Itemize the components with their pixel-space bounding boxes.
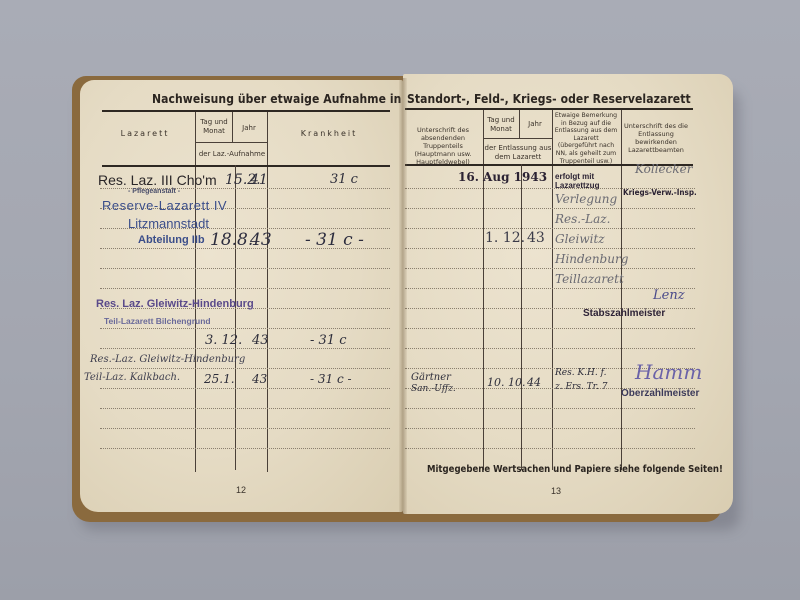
col-subheader: der Laz.-Aufnahme: [196, 150, 268, 159]
row-line: [405, 248, 695, 249]
header-rule-top: [102, 110, 390, 112]
entry3-truppenteil-line1: Gärtner: [411, 372, 451, 383]
entry3-krankheit: - 31 c: [310, 333, 346, 348]
row-line: [100, 408, 390, 409]
col-bemerkung: Etwaige Bemerkung in Bezug auf die Entla…: [553, 112, 619, 165]
entry2-jahr: 43: [527, 230, 545, 246]
entry1-date-stamp: 16. Aug 1943: [458, 170, 547, 184]
entry2-stamp-line3: Litzmannstadt: [128, 216, 209, 231]
entry3-stamp-line2: Teil-Lazarett Bilchengrund: [104, 316, 211, 326]
row-line: [100, 388, 390, 389]
entry1-beamter-pencil-signature: Kollecker: [635, 162, 692, 176]
row-line: [405, 208, 695, 209]
row-line: [405, 428, 695, 429]
row-line: [405, 328, 695, 329]
entry4-krankheit: - 31 c -: [310, 372, 352, 386]
col-divider-tag-jahr: [235, 165, 236, 470]
entry3-stamp-line1: Res. Laz. Gleiwitz-Hindenburg: [96, 298, 254, 310]
entry2-beamter-signature: Lenz: [653, 288, 685, 303]
row-line: [405, 228, 695, 229]
col-subheader: der Entlassung aus dem Lazarett: [484, 144, 552, 161]
col-unterschrift-truppenteil: Unterschrift des absendenden Truppenteil…: [405, 126, 481, 166]
col-tag-monat: Tag und Monat: [485, 116, 517, 133]
row-line: [100, 428, 390, 429]
col-unterschrift-beamter: Unterschrift des die Entlassung bewirken…: [623, 122, 689, 154]
row-line: [405, 348, 695, 349]
entry2-jahr: 43: [250, 230, 272, 250]
entry2-bemerkung-line3: Gleiwitz: [555, 232, 605, 246]
row-line: [405, 448, 695, 449]
row-line: [100, 348, 390, 349]
entry4-jahr: 43: [252, 372, 267, 386]
entry1-bemerkung-stamp: erfolgt mit Lazarettzug: [555, 172, 615, 190]
header-rule-top: [405, 108, 693, 110]
left-page-number: 12: [236, 485, 246, 495]
col-divider-tag-jahr: [521, 164, 522, 470]
entry2-stamp-line2: Reserve-Lazarett IV: [102, 198, 227, 213]
row-line: [100, 288, 390, 289]
entry2-tag-monat: 1. 12.: [485, 230, 525, 246]
col-krankheit: Krankheit: [270, 130, 388, 139]
entry2-bemerkung-line5: Teillazarett: [555, 272, 624, 286]
col-tag-monat: Tag und Monat: [197, 118, 231, 135]
entry3-truppenteil-line2: San.-Uffz.: [411, 384, 456, 394]
entry1-beamter-stamp: Kriegs-Verw.-Insp.: [623, 188, 697, 197]
entry4-tag-monat: 25.1.: [204, 372, 235, 386]
row-line: [100, 448, 390, 449]
entry2-bemerkung-line4: Hindenburg: [555, 252, 628, 266]
subheader-divider: [483, 138, 552, 139]
entry2-stamp-line4: Abteilung IIb: [138, 234, 205, 246]
entry3-bemerkung-line1: Res. K.H. f.: [555, 368, 606, 378]
col-lazarett: Lazarett: [110, 130, 180, 139]
subheader-divider: [195, 142, 267, 143]
entry4-lazarett-line1: Res.-Laz. Gleiwitz-Hindenburg: [90, 354, 245, 365]
left-page-title: Nachweisung über etwaige Aufnahme in ein: [152, 92, 403, 106]
right-page-number: 13: [551, 486, 561, 496]
entry2-tag-monat: 18.8.: [210, 230, 253, 250]
col-jahr: Jahr: [233, 124, 265, 133]
entry1-jahr: 41: [250, 172, 268, 188]
entry3-beamter-stamp: Oberzahlmeister: [621, 388, 699, 399]
entry3-jahr: 44: [527, 376, 541, 389]
entry1-krankheit: 31 c: [330, 172, 358, 187]
row-line: [405, 288, 695, 289]
entry4-lazarett-line2: Teil-Laz. Kalkbach.: [84, 372, 180, 383]
row-line: [405, 408, 695, 409]
entry3-jahr: 43: [252, 333, 269, 348]
entry2-beamter-stamp: Stabszahlmeister: [583, 308, 665, 319]
row-line: [100, 268, 390, 269]
entry2-krankheit: - 31 c -: [305, 230, 364, 250]
col-jahr: Jahr: [520, 120, 550, 129]
entry3-tag-monat: 10. 10.: [487, 376, 525, 389]
row-line: [405, 268, 695, 269]
entry3-bemerkung-line2: z. Ers. Tr. 7: [555, 382, 607, 392]
right-page-title: Standort-, Feld-, Kriegs- oder Reservela…: [407, 92, 691, 106]
entry2-stamp-line1: - Pflegeanstalt -: [128, 188, 180, 195]
entry1-lazarett: Res. Laz. III Cho'm: [98, 172, 217, 188]
entry3-tag-monat: 3. 12.: [205, 333, 242, 348]
footer-note: Mitgegebene Wertsachen und Papiere siehe…: [427, 464, 723, 475]
row-line: [100, 368, 390, 369]
entry3-beamter-signature: Hamm: [635, 360, 702, 384]
header-rule-bottom: [102, 165, 390, 167]
right-page: Standort-, Feld-, Kriegs- oder Reservela…: [403, 74, 733, 514]
row-line: [100, 328, 390, 329]
entry2-bemerkung-line2: Res.-Laz.: [555, 212, 610, 226]
book-gutter: [399, 78, 407, 514]
entry2-bemerkung-line1: Verlegung: [555, 192, 617, 206]
left-page: Nachweisung über etwaige Aufnahme in ein…: [80, 80, 403, 512]
